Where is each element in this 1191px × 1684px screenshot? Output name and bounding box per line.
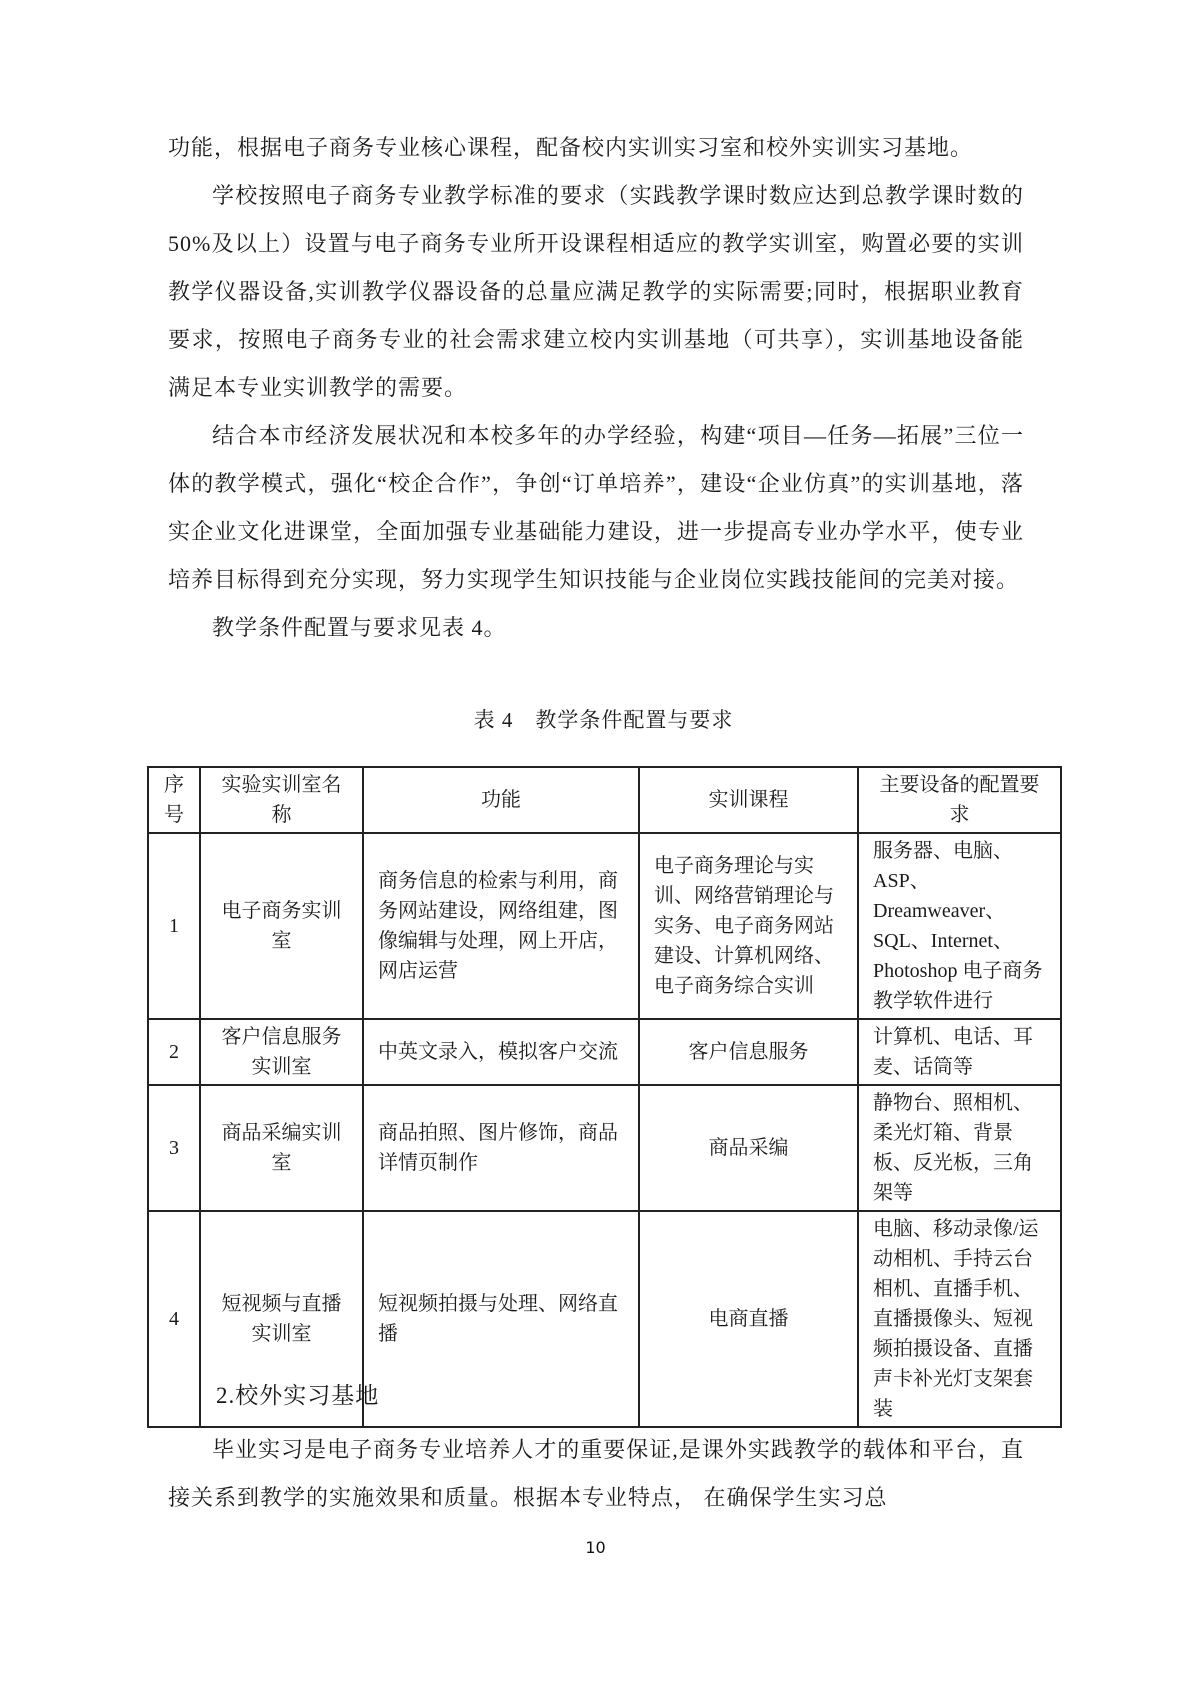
cell-num: 2 — [148, 1019, 200, 1085]
body-paragraph-1: 功能，根据电子商务专业核心课程，配备校内实训实习室和校外实训实习基地。 — [168, 124, 1024, 172]
cell-equipment: 计算机、电话、耳麦、话筒等 — [858, 1019, 1061, 1085]
body-text-block: 功能，根据电子商务专业核心课程，配备校内实训实习室和校外实训实习基地。 学校按照… — [168, 124, 1024, 652]
cell-equipment: 服务器、电脑、ASP、Dreamweaver、SQL、Internet、Phot… — [858, 833, 1061, 1019]
section-heading: 2.校外实习基地 — [216, 1380, 1024, 1412]
column-header-courses: 实训课程 — [639, 767, 858, 833]
cell-function: 商品拍照、图片修饰，商品详情页制作 — [363, 1085, 639, 1211]
cell-courses: 商品采编 — [639, 1085, 858, 1211]
section-campus-external-base: 2.校外实习基地 毕业实习是电子商务专业培养人才的重要保证,是课外实践教学的载体… — [168, 1380, 1024, 1522]
body-paragraph-4: 教学条件配置与要求见表 4。 — [168, 604, 1024, 652]
body-paragraph-2: 学校按照电子商务专业教学标准的要求（实践教学课时数应达到总教学课时数的 50%及… — [168, 172, 1024, 412]
table-caption: 表 4 教学条件配置与要求 — [147, 704, 1060, 734]
column-header-room-name: 实验实训室名称 — [200, 767, 363, 833]
cell-equipment: 静物台、照相机、柔光灯箱、背景板、反光板，三角架等 — [858, 1085, 1061, 1211]
section-paragraph: 毕业实习是电子商务专业培养人才的重要保证,是课外实践教学的载体和平台，直接关系到… — [168, 1426, 1024, 1522]
cell-courses: 客户信息服务 — [639, 1019, 858, 1085]
table-header-row: 序号 实验实训室名称 功能 实训课程 主要设备的配置要求 — [148, 767, 1061, 833]
cell-function: 中英文录入，模拟客户交流 — [363, 1019, 639, 1085]
cell-num: 1 — [148, 833, 200, 1019]
cell-room-name: 客户信息服务实训室 — [200, 1019, 363, 1085]
page-number: 10 — [0, 1538, 1191, 1557]
body-paragraph-3: 结合本市经济发展状况和本校多年的办学经验，构建“项目—任务—拓展”三位一体的教学… — [168, 412, 1024, 604]
column-header-function: 功能 — [363, 767, 639, 833]
table-row: 1 电子商务实训室 商务信息的检索与利用，商务网站建设，网络组建，图像编辑与处理… — [148, 833, 1061, 1019]
cell-function: 商务信息的检索与利用，商务网站建设，网络组建，图像编辑与处理，网上开店，网店运营 — [363, 833, 639, 1019]
cell-courses: 电子商务理论与实训、网络营销理论与实务、电子商务网站建设、计算机网络、电子商务综… — [639, 833, 858, 1019]
cell-room-name: 商品采编实训室 — [200, 1085, 363, 1211]
teaching-conditions-table: 序号 实验实训室名称 功能 实训课程 主要设备的配置要求 1 电子商务实训室 商… — [147, 766, 1062, 1428]
cell-room-name: 电子商务实训室 — [200, 833, 363, 1019]
column-header-num: 序号 — [148, 767, 200, 833]
column-header-equipment: 主要设备的配置要求 — [858, 767, 1061, 833]
table-row: 2 客户信息服务实训室 中英文录入，模拟客户交流 客户信息服务 计算机、电话、耳… — [148, 1019, 1061, 1085]
document-page: 功能，根据电子商务专业核心课程，配备校内实训实习室和校外实训实习基地。 学校按照… — [0, 0, 1191, 1684]
table-row: 3 商品采编实训室 商品拍照、图片修饰，商品详情页制作 商品采编 静物台、照相机… — [148, 1085, 1061, 1211]
cell-num: 3 — [148, 1085, 200, 1211]
